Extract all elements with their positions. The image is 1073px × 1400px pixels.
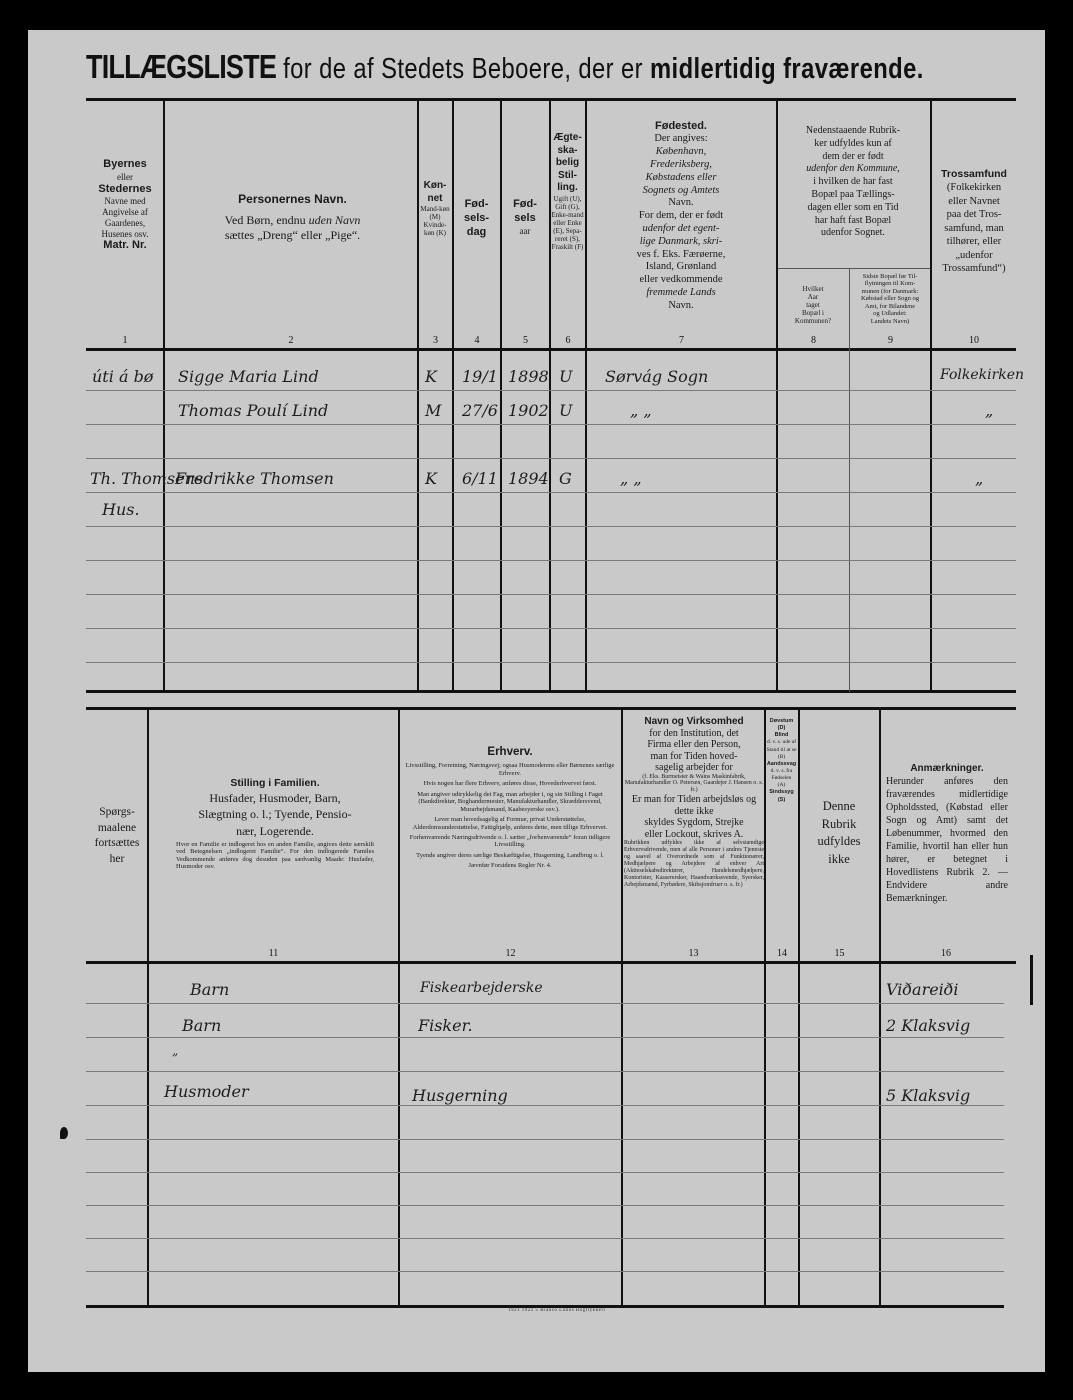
header-text: ker udfyldes kun af (778, 138, 928, 151)
header-text: Tyende angiver deres særlige Beskæftigel… (405, 852, 615, 859)
header-text: paa det Tros- (932, 208, 1016, 221)
header-text: udfyldes (800, 833, 878, 851)
header-text: Er man for Tiden arbejdsløs og dette ikk… (624, 794, 764, 817)
header-text: Hvilket (778, 285, 848, 293)
header-col-16: Anmærkninger. Herunder anføres den fravæ… (886, 762, 1008, 905)
header-col-1: Byernes eller Stedernes Navne med Angive… (88, 158, 162, 253)
header-text: Husenes osv. (88, 229, 162, 240)
header-text: eller Navnet (932, 195, 1016, 208)
header-text: for den Institution, det (624, 728, 764, 740)
header-text: Ugift (U), Gift (G), Enke-mand eller Enk… (551, 195, 584, 251)
header-text: Amt, for Bilandene (850, 303, 930, 310)
header-col-5: Fød-sels aar (502, 198, 548, 236)
header-text: fortsættes (88, 836, 146, 852)
religion-cell: Folkekirken (940, 367, 1024, 383)
header-text: nær, Logerende. (160, 823, 390, 839)
vline (452, 100, 454, 692)
header-text: her (88, 852, 146, 868)
header-text: samfund, man (932, 222, 1016, 235)
header-text: Anmærkninger. (886, 762, 1008, 775)
header-text: har haft fast Bopæl (778, 215, 928, 228)
header-text: eller vedkommende (588, 274, 774, 287)
section-rule-bottom (86, 707, 1016, 710)
family-position-cell: „ (172, 1044, 178, 1058)
header-text: Rubrik (800, 816, 878, 834)
header-text: Købstad eller Sogn og (850, 295, 930, 302)
header-text: Mand-køn (M) Kvinde-køn (K) (419, 205, 451, 237)
column-number: 5 (502, 335, 549, 346)
vline (500, 100, 502, 692)
birthday-cell: 19/1 (462, 367, 498, 386)
row-rule (86, 458, 1016, 459)
header-text: Lever man hovedsagelig af Formue, privat… (405, 816, 615, 831)
birth-year-cell: 1898 (508, 367, 549, 386)
header-text: Fød-sels-dag (462, 198, 492, 239)
header-text: Hvor en Familie er indlogeret hos en and… (160, 841, 390, 871)
header-text: Bopæl paa Tællings- (778, 189, 928, 202)
header-text: Trossamfund (932, 168, 1016, 181)
header-text: fremmede Lands (646, 287, 715, 298)
header-text: sagelig arbejder for (624, 762, 764, 774)
title-middle: for de af Stedets Beboere, der er (276, 53, 650, 85)
birth-year-cell: 1894 (508, 469, 549, 488)
header-text: ikke (800, 851, 878, 869)
sex-cell: K (425, 469, 437, 488)
marital-cell: G (559, 469, 572, 488)
row-rule (86, 1139, 1004, 1140)
header-text: (f. Eks. Burmeister & Wains Maskinfabrik… (624, 774, 764, 795)
header-text: dagen eller som en Tid (778, 202, 928, 215)
row-rule (86, 1003, 1004, 1004)
vline (879, 710, 881, 1306)
column-number: 9 (851, 335, 930, 346)
header-col-8: Hvilket Aar taget Bopæl i Kommunen? (778, 285, 848, 325)
header-text: lige Danmark, skri- (640, 236, 723, 247)
column-number: 4 (454, 335, 500, 346)
header-text: Navn og Virksomhed (624, 716, 764, 728)
header-text: Kommunen? (778, 317, 848, 325)
header-text: Personernes Navn. (170, 192, 415, 207)
header-text: d. v. s. fra Fødselen (766, 768, 797, 782)
header-text: munen (for Danmark: (850, 288, 930, 295)
marital-cell: U (559, 401, 572, 420)
header-col-8-9: Nedenstaaende Rubrik- ker udfyldes kun a… (778, 125, 928, 240)
header-text: tilhører, eller (932, 235, 1016, 248)
header-text: Ægte-ska-belig Stil-ling. (551, 132, 584, 195)
header-text: udenfor Sognet. (778, 227, 928, 240)
vline (621, 710, 623, 1306)
header-col-11: Stilling i Familien. Husfader, Husmoder,… (160, 776, 390, 871)
header-text: ves f. Eks. Færøerne, (588, 249, 774, 262)
header-text: Fød-sels (510, 198, 540, 226)
header-text: Trossamfund“) (932, 262, 1016, 275)
header-text: aar (502, 226, 548, 237)
header-text: (Folkekirken (932, 181, 1016, 194)
header-text: Bopæl i (778, 309, 848, 317)
occupation-cell: Fisker. (418, 1016, 473, 1035)
header-text: Køn-net (419, 180, 451, 205)
row-rule (86, 1105, 1004, 1106)
header-text: Byernes (88, 158, 162, 172)
header-text: maalene (88, 821, 146, 837)
header-text: i hvilken de har fast (778, 176, 928, 189)
row-rule (86, 1205, 1004, 1206)
row-rule (86, 1172, 1004, 1173)
header-text: udenfor den Kommune, (806, 163, 900, 174)
religion-cell: „ (985, 401, 993, 420)
header-text: Gaardenes, (88, 218, 162, 229)
header-text: eller Lockout, skrives A. (624, 829, 764, 841)
header-text: Fødested. (588, 120, 774, 133)
header-text: Stilling i Familien. (160, 776, 390, 790)
header-col-3: Køn-net Mand-køn (M) Kvinde-køn (K) (419, 180, 451, 237)
header-text: For dem, der er født (588, 210, 774, 223)
header-text: Sindssyg (S) (766, 789, 797, 803)
header-rule-bottom (86, 961, 1016, 964)
vline (163, 100, 165, 692)
column-number: 2 (165, 335, 417, 346)
header-text: Navn. (588, 197, 774, 210)
header-text: (A) (766, 782, 797, 789)
birthplace-cell: „ „ (620, 469, 642, 488)
column-number: 7 (587, 335, 776, 346)
header-text: uden Navn (309, 213, 361, 227)
header-col-2: Personernes Navn. Ved Børn, endnu uden N… (170, 192, 415, 243)
header-text: og Udlandet: (850, 310, 930, 317)
header-text: „udenfor (932, 249, 1016, 262)
header-text: sættes „Dreng“ eller „Pige“. (170, 228, 415, 243)
column-number: 11 (149, 948, 398, 959)
title-prefix: TILLÆGSLISTE (86, 48, 276, 85)
vline (585, 100, 587, 692)
vline (147, 710, 149, 1306)
header-text: Ved Børn, endnu (225, 213, 309, 227)
header-text: Spørgs- (88, 805, 146, 821)
header-text: Navn. (588, 300, 774, 313)
row-rule (86, 1271, 1004, 1272)
birth-year-cell: 1902 (508, 401, 549, 420)
header-text: Frederiksberg, (650, 159, 712, 170)
header-text: Døvstum (D) (766, 718, 797, 732)
printer-imprint: 1921 1921 5 Bianco Lunos Bogtrykkeri (508, 1308, 606, 1313)
birthday-cell: 27/6 (462, 401, 498, 420)
row-rule (86, 560, 1016, 561)
title-rule (86, 98, 1016, 101)
header-text: Hvis nogen har flere Erhverv, anføres di… (405, 780, 615, 787)
column-number: 15 (800, 948, 879, 959)
column-number: 13 (623, 948, 764, 959)
header-col-6: Ægte-ska-belig Stil-ling. Ugift (U), Gif… (551, 132, 584, 251)
column-number: 14 (766, 948, 798, 959)
header-text: Sidste Bopæl før Til- (850, 273, 930, 280)
header-text: udenfor det egent- (643, 223, 720, 234)
header-text: Herunder anføres den fraværendes midlert… (886, 775, 1008, 905)
header-text: Stedernes (88, 183, 162, 197)
header-col-14: Døvstum (D) Blind d. v. s. ude af Stand … (766, 718, 797, 804)
row-rule (86, 390, 1016, 391)
header-text: Husfader, Husmoder, Barn, (160, 790, 390, 806)
header-text: Angivelse af (88, 207, 162, 218)
name-cell: Fredrikke Thomsen (175, 469, 334, 488)
header-col-4: Fød-sels-dag (454, 198, 499, 239)
remarks-cell: 5 Klaksvig (886, 1086, 970, 1105)
row-rule (86, 424, 1016, 425)
header-rule-top (86, 348, 1016, 351)
column-number: 12 (400, 948, 621, 959)
remarks-cell: 2 Klaksvig (886, 1016, 970, 1035)
vline (398, 710, 400, 1306)
row-rule (86, 628, 1016, 629)
occupation-cell: Fiskearbejderske (420, 980, 543, 996)
margin-mark (1030, 955, 1033, 1005)
row-rule (86, 526, 1016, 527)
place-cell: Hus. (102, 500, 140, 519)
section-rule-top (86, 690, 1016, 693)
header-text: Rubrikken udfyldes ikke af selvstændige … (624, 840, 764, 888)
header-col-9: Sidste Bopæl før Til- flytningen til Kom… (850, 273, 930, 325)
header-text: dem der er født (778, 151, 928, 164)
header-text: skyldes Sygdom, Strejke (624, 817, 764, 829)
header-text: Jævnfør Forsidens Regler Nr. 4. (405, 862, 615, 869)
row-rule (86, 594, 1016, 595)
birthplace-cell: „ „ (630, 401, 652, 420)
title-suffix: midlertidig fraværende. (650, 53, 924, 85)
remarks-cell: Viðareiði (886, 980, 959, 999)
row-rule (86, 662, 1016, 663)
header-text: Forhenværende Næringsdrivende o. l. sætt… (405, 834, 615, 849)
religion-cell: „ (975, 469, 983, 488)
header-col-7: Fødested. Der angives: København, Freder… (588, 120, 774, 313)
family-position-cell: Barn (182, 1016, 221, 1035)
header-text: København, (656, 146, 706, 157)
birthday-cell: 6/11 (462, 469, 498, 488)
column-number: 3 (419, 335, 452, 346)
header-text: Landets Navn) (850, 318, 930, 325)
form-title: TILLÆGSLISTE for de af Stedets Beboere, … (86, 48, 849, 92)
column-number: 10 (932, 335, 1016, 346)
sex-cell: K (425, 367, 437, 386)
header-text: flytningen til Kom- (850, 280, 930, 287)
marital-cell: U (559, 367, 572, 386)
family-position-cell: Barn (190, 980, 229, 999)
header-text: Aandssvag (766, 761, 797, 768)
name-cell: Sigge Maria Lind (178, 367, 319, 386)
header-text: taget (778, 301, 848, 309)
header-text: d. v. s. ude af Stand til at se (766, 739, 797, 753)
header-col-12: Erhverv. Livsstilling, Forretning, Nærin… (405, 746, 615, 870)
header-text: Navne med (88, 196, 162, 207)
place-cell: úti á bø (92, 367, 153, 386)
col8-9-divider (776, 268, 932, 269)
header-text: Nedenstaaende Rubrik- (778, 125, 928, 138)
header-text: Sognets og Amtets (643, 185, 720, 196)
header-text: Man angiver udtrykkelig det Fag, man arb… (405, 791, 615, 813)
ink-blot (60, 1127, 68, 1139)
header-text: Erhverv. (405, 746, 615, 759)
column-number: 1 (88, 335, 162, 346)
column-number: 16 (881, 948, 1011, 959)
header-text: eller (88, 172, 162, 183)
row-rule (86, 492, 1016, 493)
header-col-10: Trossamfund (Folkekirken eller Navnet pa… (932, 168, 1016, 276)
header-text: Firma eller den Person, (624, 739, 764, 751)
column-number: 6 (551, 335, 585, 346)
row-rule (86, 1071, 1004, 1072)
header-continued: Spørgs- maalene fortsættes her (88, 805, 146, 867)
birthplace-cell: Sørvág Sogn (605, 367, 708, 386)
name-cell: Thomas Poulí Lind (178, 401, 328, 420)
family-position-cell: Husmoder (164, 1082, 249, 1101)
occupation-cell: Husgerning (412, 1086, 508, 1105)
header-text: Købstadens eller (646, 172, 717, 183)
header-col-15: Denne Rubrik udfyldes ikke (800, 798, 878, 868)
header-text: Livsstilling, Forretning, Næringsvej; og… (405, 762, 615, 777)
header-col-13: Navn og Virksomhed for den Institution, … (624, 716, 764, 888)
header-text: Matr. Nr. (88, 239, 162, 253)
header-text: (B) (766, 754, 797, 761)
header-text: Island, Grønland (588, 261, 774, 274)
sex-cell: M (425, 401, 441, 420)
row-rule (86, 1238, 1004, 1239)
header-text: Slægtning o. l.; Tyende, Pensio- (160, 806, 390, 822)
header-text: Der angives: (588, 133, 774, 146)
header-text: Denne (800, 798, 878, 816)
header-text: man for Tiden hoved- (624, 751, 764, 763)
row-rule (86, 1037, 1004, 1038)
header-text: Aar (778, 293, 848, 301)
column-number: 8 (778, 335, 849, 346)
